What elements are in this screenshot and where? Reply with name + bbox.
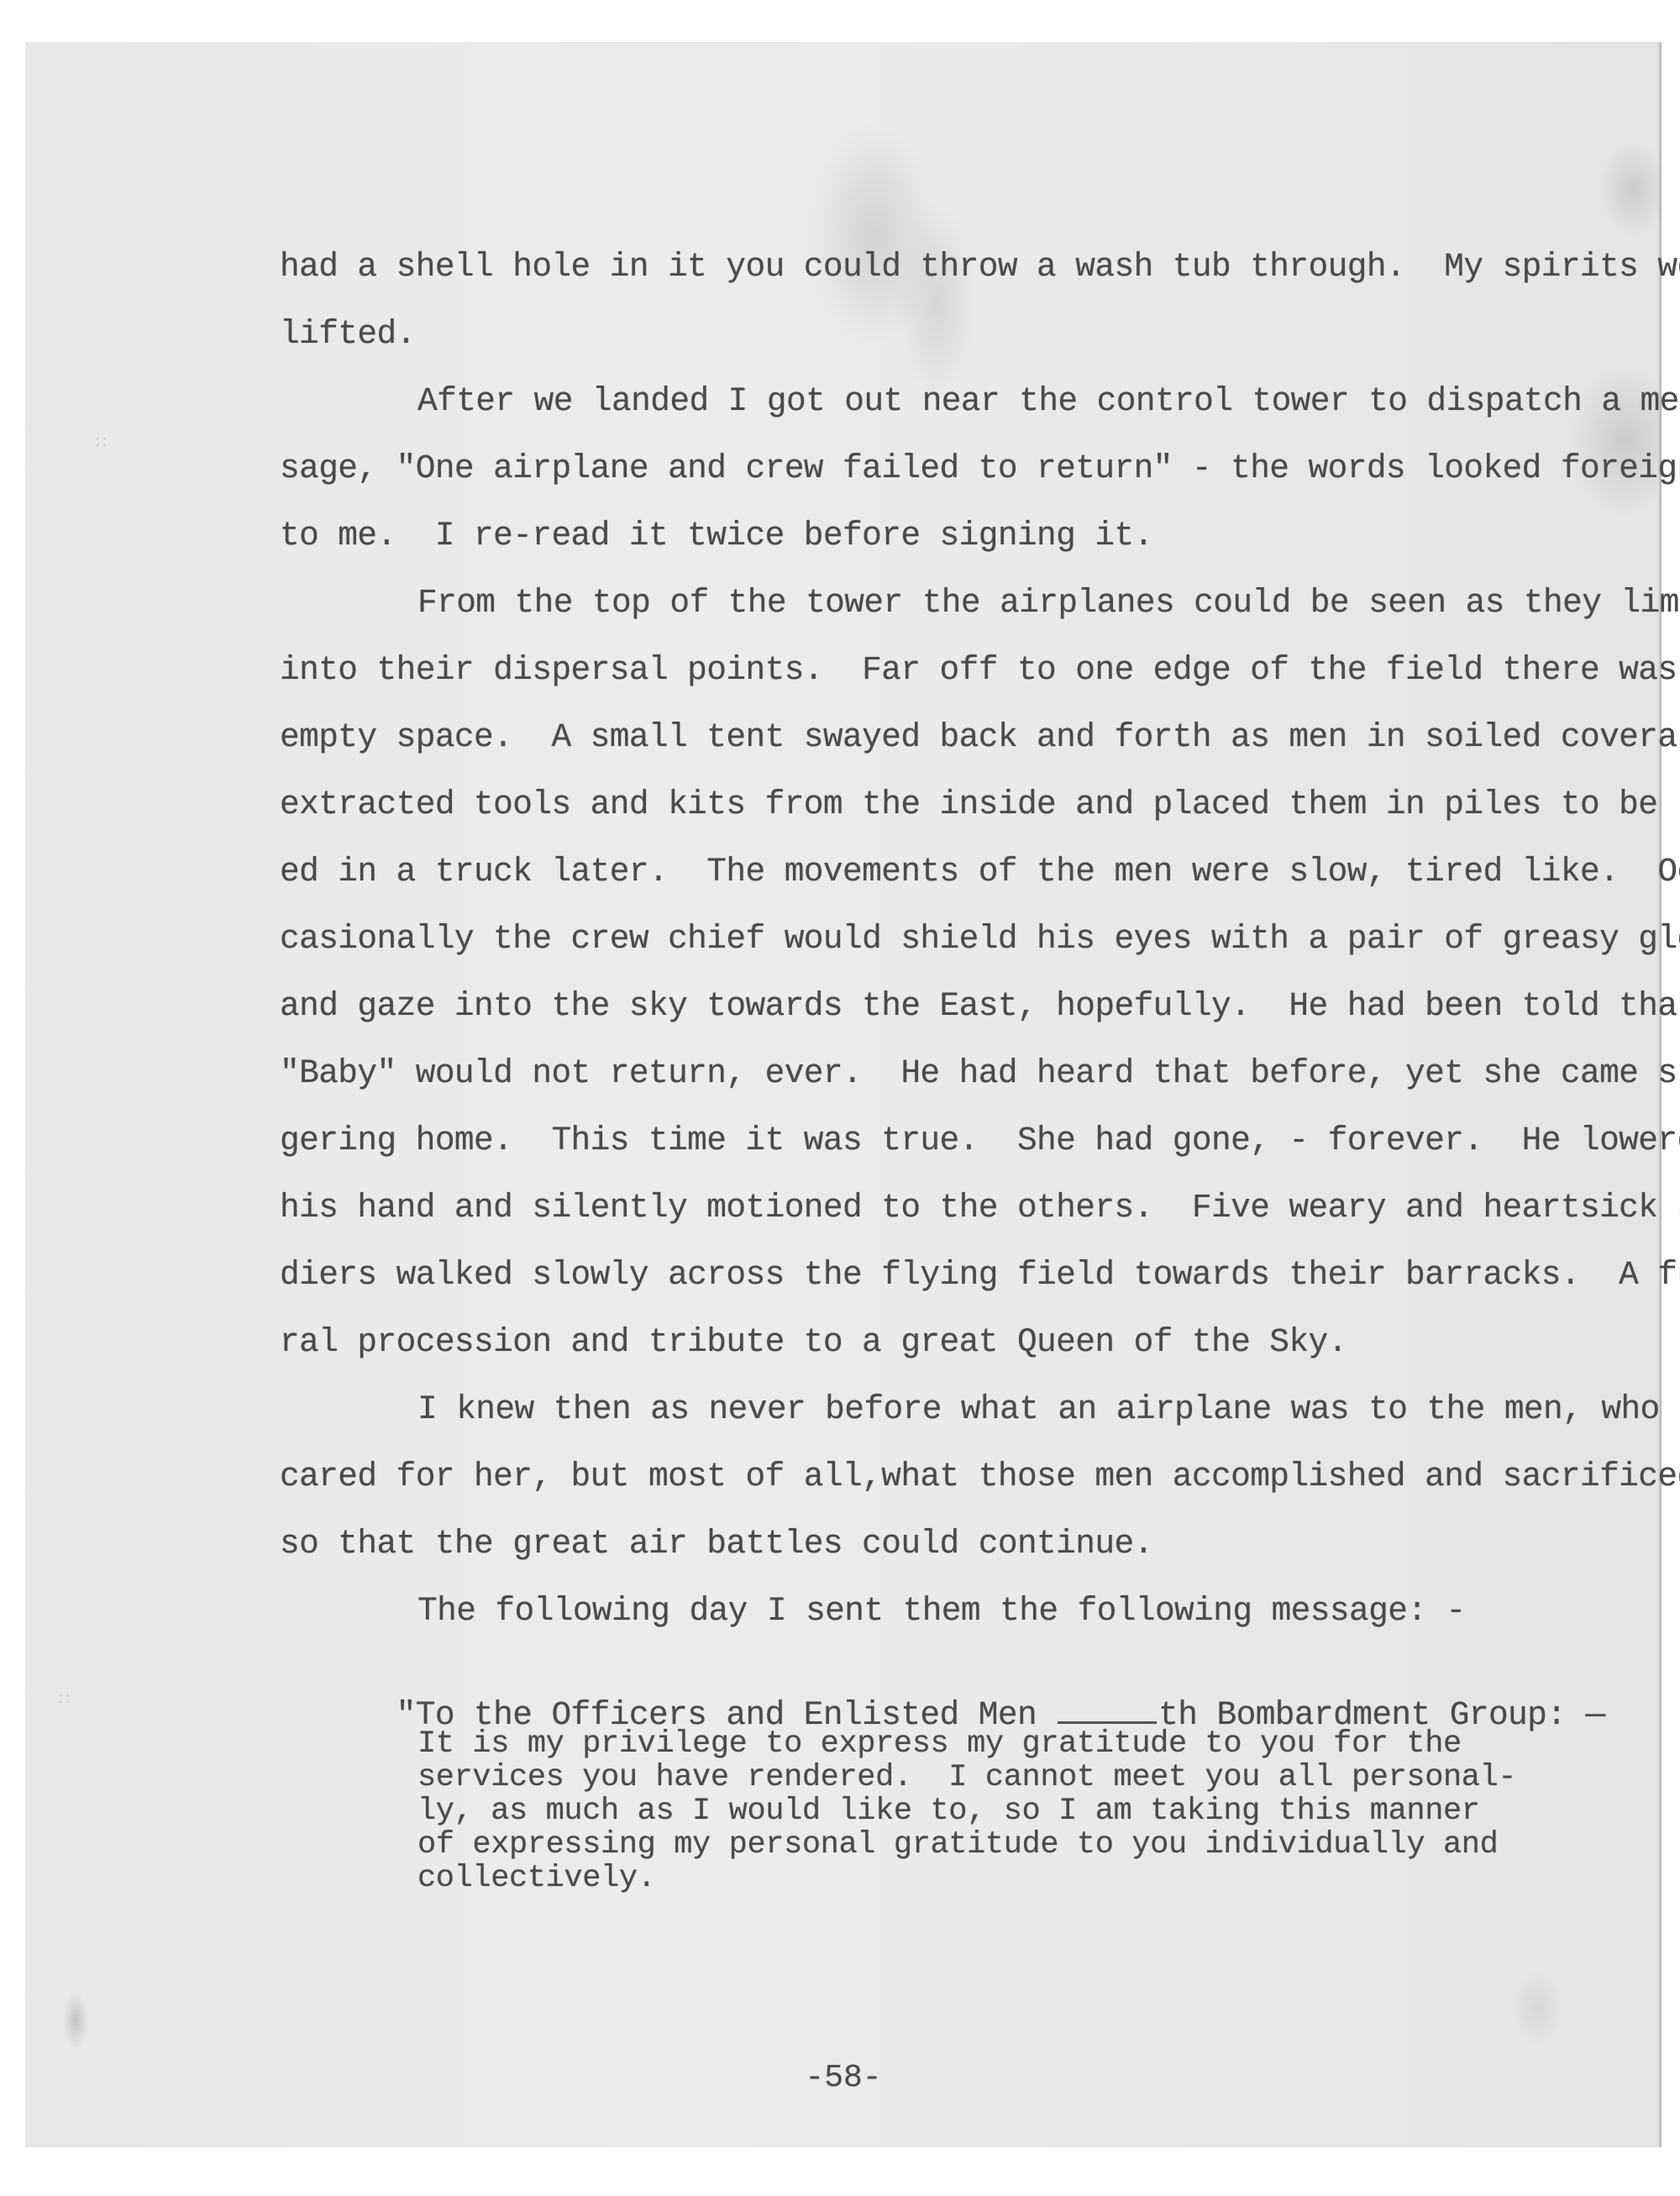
text-line: diers walked slowly across the flying fi… [280,1257,1680,1294]
text-line: his hand and silently motioned to the ot… [280,1190,1680,1227]
text-line: The following day I sent them the follow… [280,1593,1466,1630]
quote-line: of expressing my personal gratitude to y… [417,1828,1498,1862]
blank-group-number [1058,1700,1157,1724]
text-line: lifted. [280,316,416,353]
text-line: casionally the crew chief would shield h… [280,921,1680,958]
quote-line: It is my privilege to express my gratitu… [417,1727,1462,1761]
text-line: into their dispersal points. Far off to … [280,652,1680,689]
text-line: I knew then as never before what an airp… [280,1391,1680,1428]
text-line: ral procession and tribute to a great Qu… [280,1324,1347,1361]
text-line: sage, "One airplane and crew failed to r… [280,450,1680,487]
quote-line: collectively. [417,1862,655,1895]
text-line: After we landed I got out near the contr… [280,383,1680,420]
page-number: -58- [25,2060,1662,2096]
text-line: had a shell hole in it you could throw a… [280,249,1680,286]
text-line: to me. I re-read it twice before signing… [280,517,1153,554]
text-line: cared for her, but most of all,what thos… [280,1458,1680,1495]
document-page: had a shell hole in it you could throw a… [25,42,1662,2147]
quote-line: services you have rendered. I cannot mee… [417,1761,1516,1794]
salutation-line: "To the Officers and Enlisted Men th Bom… [280,1660,1605,1697]
text-line: empty space. A small tent swayed back an… [280,719,1680,756]
bleed-through-mark: ∷ [59,1689,70,1710]
text-line: so that the great air battles could cont… [280,1526,1153,1563]
text-line: "Baby" would not return, ever. He had he… [280,1055,1680,1092]
bleed-through-mark: ∷ [96,432,107,454]
typed-text-body: had a shell hole in it you could throw a… [280,42,1565,1365]
text-line: gering home. This time it was true. She … [280,1122,1680,1159]
text-line: and gaze into the sky towards the East, … [280,988,1680,1025]
text-line: ed in a truck later. The movements of th… [280,854,1680,890]
text-line: From the top of the tower the airplanes … [280,585,1680,622]
text-line: extracted tools and kits from the inside… [280,786,1680,823]
quote-line: ly, as much as I would like to, so I am … [417,1794,1480,1828]
